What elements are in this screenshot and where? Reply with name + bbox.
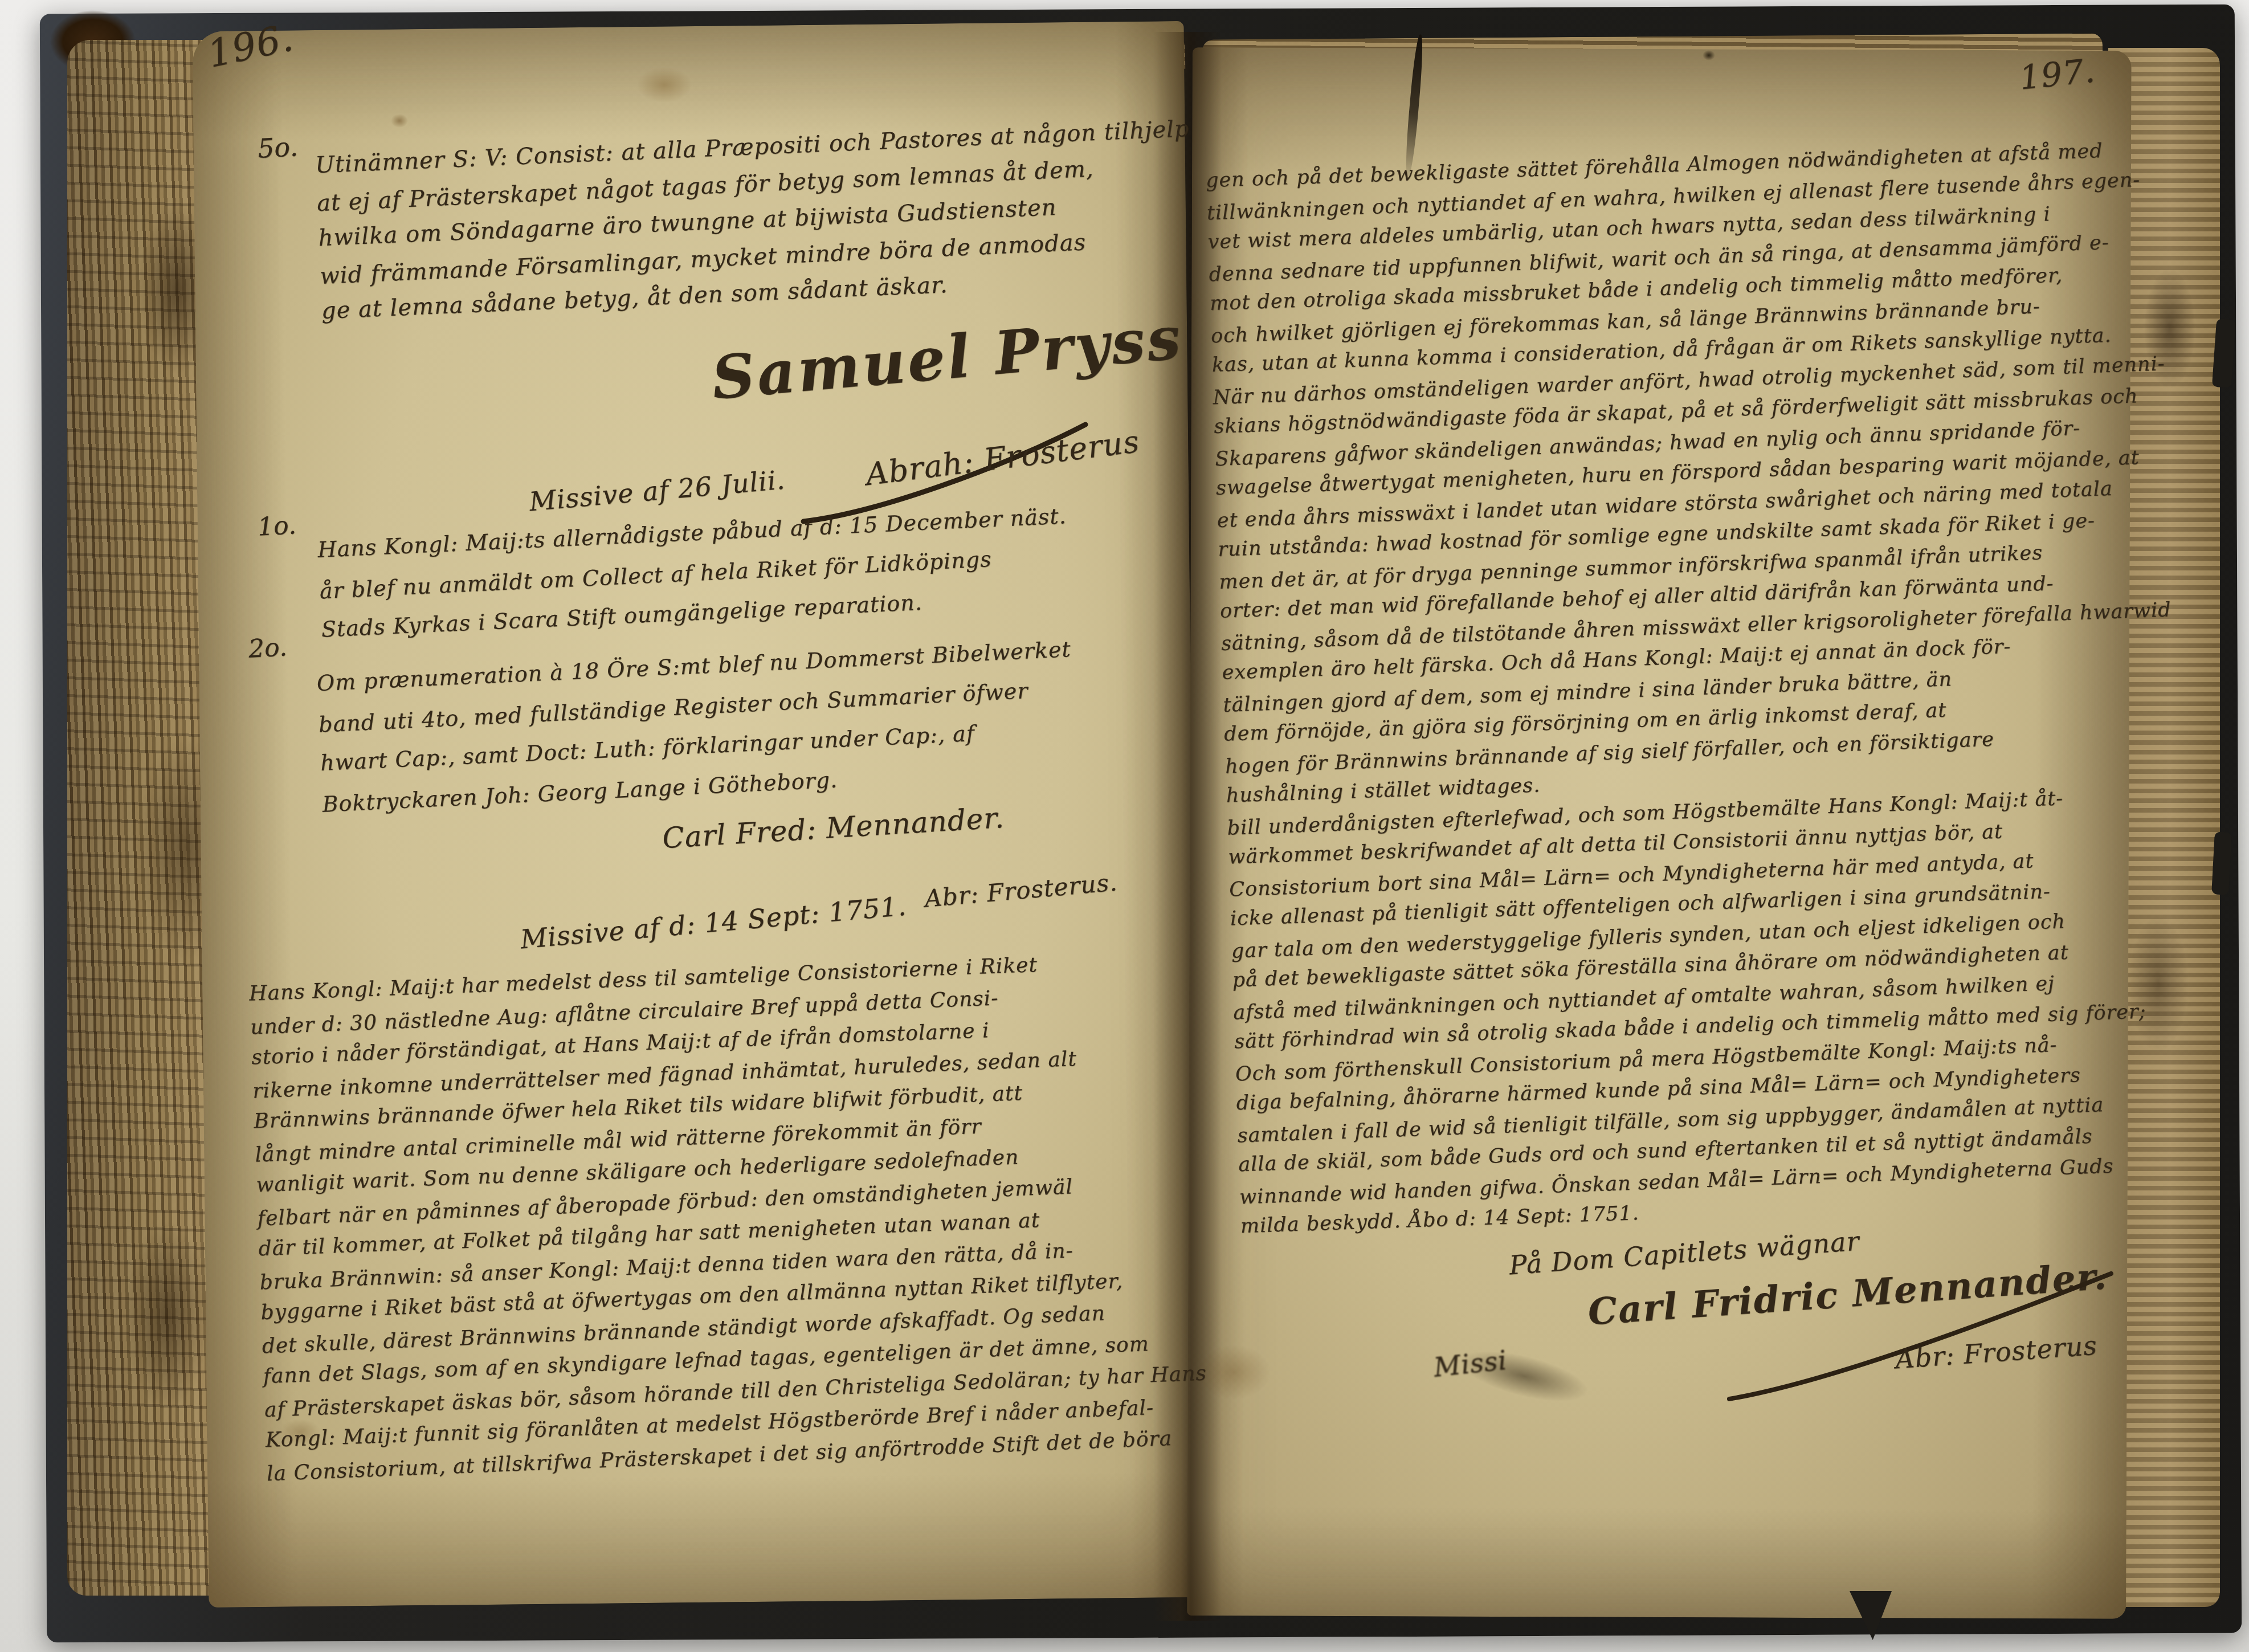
clasp-nub-right-lower — [2211, 831, 2232, 895]
paper-stain — [1197, 1345, 1271, 1400]
page-number-right: 197. — [2018, 51, 2097, 97]
manuscript-photo: 196. 5o. Utinämner S: V: Consist: at all… — [0, 0, 2249, 1652]
paper-stain — [637, 67, 692, 103]
item5-paragraph: Utinämner S: V: Consist: at alla Præposi… — [315, 111, 1196, 329]
right-page-main-paragraph: gen och på det bewekligaste sättet föreh… — [1205, 134, 2193, 1242]
item-marker-1: 1o. — [257, 511, 297, 541]
ink-speck — [1703, 50, 1715, 60]
paper-stain — [391, 114, 408, 128]
left-page-main-paragraph: Hans Kongl: Maij:t har medelst dess til … — [248, 944, 1210, 1488]
item-marker-5: 5o. — [257, 131, 299, 164]
item-marker-2: 2o. — [248, 633, 288, 663]
